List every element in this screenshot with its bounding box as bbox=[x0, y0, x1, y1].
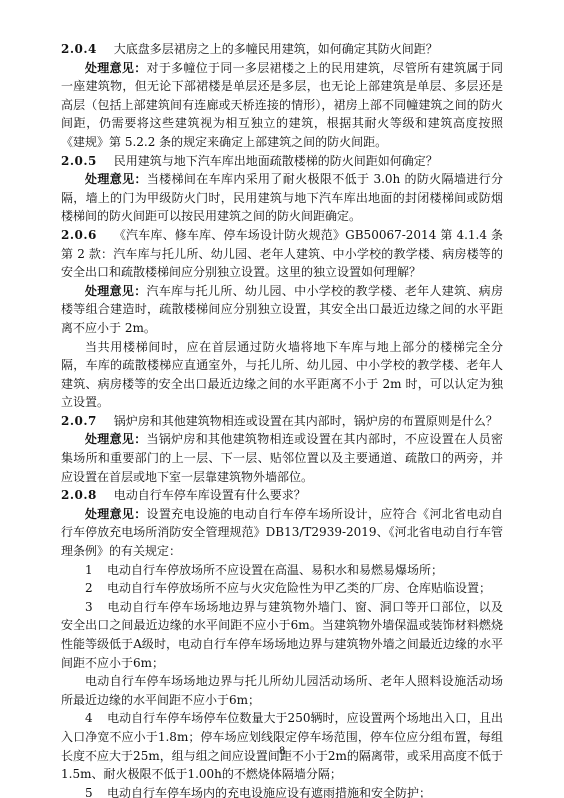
page-number: 8 bbox=[0, 746, 564, 757]
list-item-text: 电动自行车停放场所不应与火灾危险性为甲乙类的厂房、仓库贴临设置； bbox=[107, 581, 491, 595]
list-item-number: 3 bbox=[85, 600, 93, 614]
paragraph: 电动自行车停车场场地边界与托儿所幼儿园活动场所、老年人照料设施活动场所最近边缘的… bbox=[61, 672, 503, 709]
list-item: 2电动自行车停放场所不应与火灾危险性为甲乙类的厂房、仓库贴临设置； bbox=[61, 579, 503, 598]
section-heading: 2.0.7锅炉房和其他建筑物相连或设置在其内部时，锅炉房的布置原则是什么？ bbox=[61, 412, 503, 431]
list-item: 5电动自行车停车场内的充电设施应设有遮雨措施和安全防护； bbox=[61, 784, 503, 798]
section-number: 2.0.7 bbox=[61, 414, 97, 428]
section-title: 电动自行车停车库设置有什么要求？ bbox=[114, 488, 306, 502]
opinion-paragraph: 处理意见：当锅炉房和其他建筑物相连或设置在其内部时，不应设置在人员密集场所和重要… bbox=[61, 430, 503, 486]
list-item-number: 2 bbox=[85, 581, 93, 595]
document-page: 2.0.4大底盘多层裙房之上的多幢民用建筑，如何确定其防火间距？处理意见：对于多… bbox=[0, 0, 564, 798]
section-title: 民用建筑与地下汽车库出地面疏散楼梯的防火间距如何确定？ bbox=[114, 154, 438, 168]
opinion-prefix-label: 处理意见： bbox=[85, 507, 147, 521]
opinion-paragraph: 处理意见：对于多幢位于同一多层裙楼之上的民用建筑，尽管所有建筑属于同一座建筑物，… bbox=[61, 59, 503, 152]
section-number: 2.0.6 bbox=[61, 228, 97, 242]
list-item-number: 4 bbox=[85, 711, 93, 725]
opinion-paragraph: 处理意见：当楼梯间在车库内采用了耐火极限不低于 3.0h 的防火隔墙进行分隔，墙… bbox=[61, 170, 503, 226]
section-title: 锅炉房和其他建筑物相连或设置在其内部时，锅炉房的布置原则是什么？ bbox=[114, 414, 498, 428]
section-number: 2.0.8 bbox=[61, 488, 97, 502]
list-item-text: 电动自行车停放场所不应设置在高温、易积水和易燃易爆场所； bbox=[107, 563, 443, 577]
section-title: 大底盘多层裙房之上的多幢民用建筑，如何确定其防火间距？ bbox=[114, 42, 438, 56]
opinion-paragraph: 处理意见：汽车库与托儿所、幼儿园、中小学校的教学楼、老年人建筑、病房楼等组合建造… bbox=[61, 282, 503, 338]
section-heading: 2.0.5民用建筑与地下汽车库出地面疏散楼梯的防火间距如何确定？ bbox=[61, 152, 503, 171]
paragraph-text: 电动自行车停车场场地边界与托儿所幼儿园活动场所、老年人照料设施活动场所最近边缘的… bbox=[61, 674, 503, 707]
list-item-number: 5 bbox=[85, 786, 93, 798]
opinion-prefix-label: 处理意见： bbox=[85, 284, 147, 298]
section-number: 2.0.4 bbox=[61, 42, 97, 56]
list-item-number: 1 bbox=[85, 563, 93, 577]
document-body: 2.0.4大底盘多层裙房之上的多幢民用建筑，如何确定其防火间距？处理意见：对于多… bbox=[61, 40, 503, 798]
list-item: 1电动自行车停放场所不应设置在高温、易积水和易燃易爆场所； bbox=[61, 561, 503, 580]
list-item: 3电动自行车停车场场地边界与建筑物外墙门、窗、洞口等开口部位，以及安全出口之间最… bbox=[61, 598, 503, 672]
opinion-paragraph: 处理意见：设置充电设施的电动自行车停车场所设计，应符合《河北省电动自行车停放充电… bbox=[61, 505, 503, 561]
section-title: 《汽车库、修车库、停车场设计防火规范》GB50067-2014 第 4.1.4 … bbox=[61, 228, 503, 279]
opinion-prefix-label: 处理意见： bbox=[85, 172, 147, 186]
opinion-prefix-label: 处理意见： bbox=[85, 61, 147, 75]
list-item-text: 电动自行车停车场场地边界与建筑物外墙门、窗、洞口等开口部位，以及安全出口之间最近… bbox=[61, 600, 503, 670]
paragraph-text: 当共用楼梯间时，应在首层通过防火墙将地下车库与地上部分的楼梯完全分隔，车库的疏散… bbox=[61, 340, 503, 410]
paragraph: 当共用楼梯间时，应在首层通过防火墙将地下车库与地上部分的楼梯完全分隔，车库的疏散… bbox=[61, 338, 503, 412]
section-heading: 2.0.8电动自行车停车库设置有什么要求？ bbox=[61, 486, 503, 505]
section-number: 2.0.5 bbox=[61, 154, 97, 168]
section-heading: 2.0.6《汽车库、修车库、停车场设计防火规范》GB50067-2014 第 4… bbox=[61, 226, 503, 282]
list-item-text: 电动自行车停车场内的充电设施应设有遮雨措施和安全防护； bbox=[107, 786, 431, 798]
section-heading: 2.0.4大底盘多层裙房之上的多幢民用建筑，如何确定其防火间距？ bbox=[61, 40, 503, 59]
opinion-prefix-label: 处理意见： bbox=[85, 432, 147, 446]
